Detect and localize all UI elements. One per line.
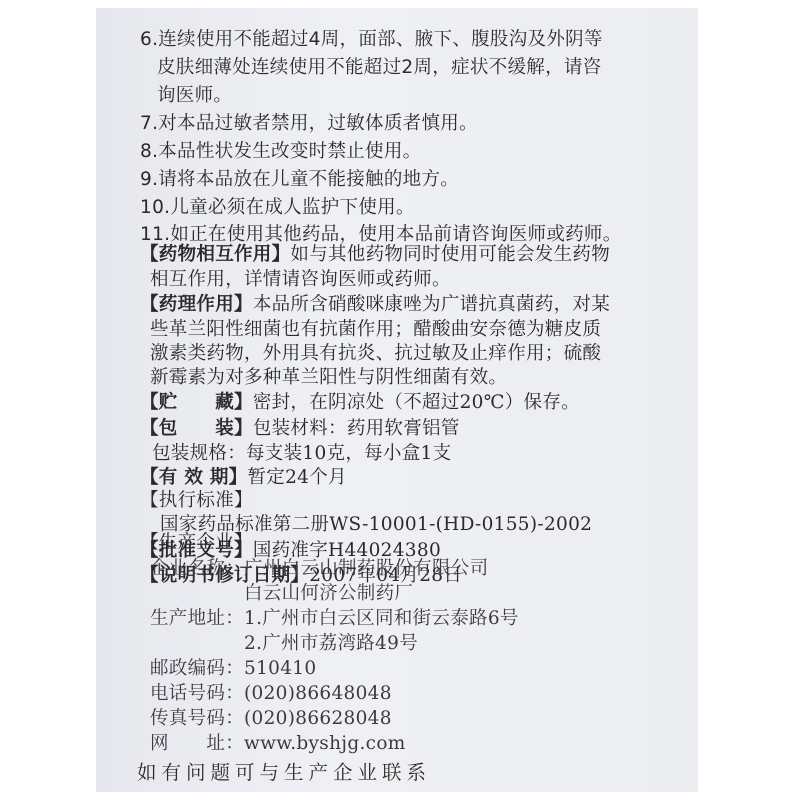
storage-section: 【贮 藏】密封，在阴凉处（不超过20℃）保存。 xyxy=(140,391,580,415)
contact-footer: 如有问题可与生产企业联系 xyxy=(137,761,431,785)
web-value[interactable]: www.byshjg.com xyxy=(244,732,406,756)
pharmacology-text-1: 本品所含硝酸咪康唑为广谱抗真菌药，对某 xyxy=(253,294,610,315)
precaution-9: 9.请将本品放在儿童不能接触的地方。 xyxy=(140,168,459,192)
postcode-label: 邮政编码： xyxy=(150,657,244,681)
precaution-10: 10.儿童必须在成人监护下使用。 xyxy=(140,196,415,220)
pharmacology-text-4: 新霉素为对多种革兰阳性与阴性细菌有效。 xyxy=(150,366,507,390)
precaution-6-line-3: 询医师。 xyxy=(157,84,232,108)
validity-section: 【有 效 期】暂定24个月 xyxy=(140,466,347,490)
precaution-7: 7.对本品过敏者禁用，过敏体质者慎用。 xyxy=(140,112,478,136)
packaging-heading: 【包 装】 xyxy=(140,418,253,439)
validity-heading: 【有 效 期】 xyxy=(140,467,247,488)
storage-text: 密封，在阴凉处（不超过20℃）保存。 xyxy=(253,392,580,413)
pharmacology-heading: 【药理作用】 xyxy=(140,294,253,315)
manufacturer-name-2: 白云山何济公制药厂 xyxy=(244,582,413,606)
address-1: 1.广州市白云区同和街云泰路6号 xyxy=(244,607,519,631)
interactions-heading: 【药物相互作用】 xyxy=(140,244,290,265)
manufacturer-heading: 【生产企业】 xyxy=(140,531,253,555)
interactions-section: 【药物相互作用】如与其他药物同时使用可能会发生药物 xyxy=(140,243,610,267)
address-2: 2.广州市荔湾路49号 xyxy=(244,632,418,656)
pharmacology-section: 【药理作用】本品所含硝酸咪康唑为广谱抗真菌药，对某 xyxy=(140,293,610,317)
storage-heading: 【贮 藏】 xyxy=(140,392,253,413)
fax-value: (020)86628048 xyxy=(244,707,392,731)
postcode-value: 510410 xyxy=(244,657,316,681)
precaution-8: 8.本品性状发生改变时禁止使用。 xyxy=(140,140,421,164)
packaging-material: 包装材料：药用软膏铝管 xyxy=(253,418,460,439)
manufacturer-name-label: 企业名称： xyxy=(150,557,244,581)
precaution-6-line-2: 皮肤细薄处连续使用不能超过2周，症状不缓解，请咨 xyxy=(157,56,601,80)
address-label: 生产地址： xyxy=(150,607,244,631)
interactions-text-1: 如与其他药物同时使用可能会发生药物 xyxy=(290,244,610,265)
precaution-6-line-1: 6.连续使用不能超过4周，面部、腋下、腹股沟及外阴等 xyxy=(140,28,603,52)
fax-label: 传真号码： xyxy=(150,707,244,731)
pharmacology-text-3: 激素类药物，外用具有抗炎、抗过敏及止痒作用；硫酸 xyxy=(150,342,601,366)
packaging-spec: 包装规格：每支装10克，每小盒1支 xyxy=(152,442,451,466)
manufacturer-name-1: 广州白云山制药股份有限公司 xyxy=(244,557,488,581)
interactions-text-2: 相互作用，详情请咨询医师或药师。 xyxy=(150,268,451,292)
standard-heading: 【执行标准】 xyxy=(140,489,253,513)
pharmacology-text-2: 些革兰阳性细菌也有抗菌作用；醋酸曲安奈德为糖皮质 xyxy=(150,318,601,342)
validity-text: 暂定24个月 xyxy=(247,467,346,488)
phone-label: 电话号码： xyxy=(150,682,244,706)
phone-value: (020)86648048 xyxy=(244,682,392,706)
web-label: 网 址： xyxy=(150,732,244,756)
packaging-section: 【包 装】包装材料：药用软膏铝管 xyxy=(140,417,460,441)
